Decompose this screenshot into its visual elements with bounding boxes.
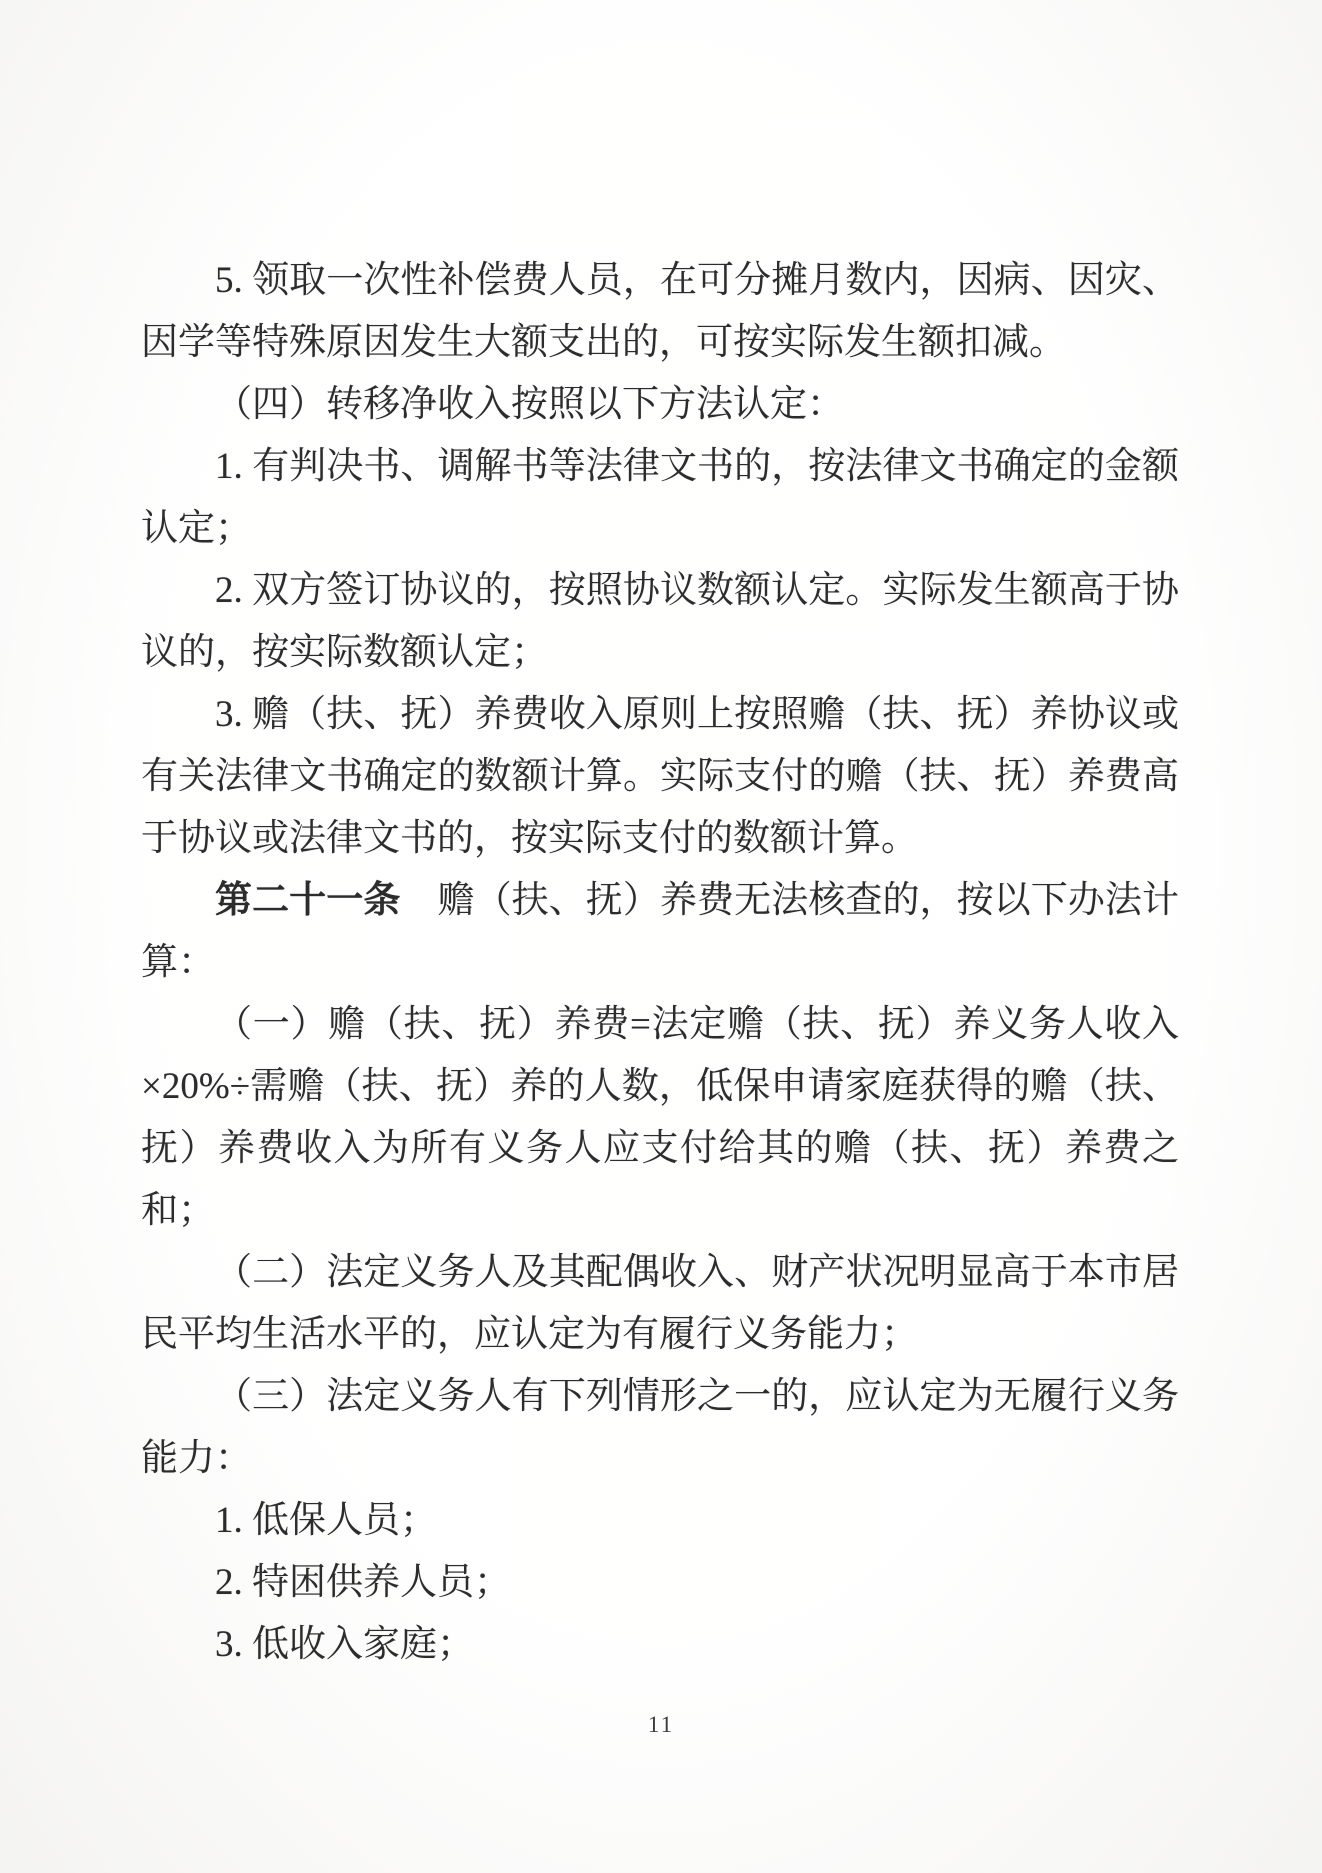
document-body: 5. 领取一次性补偿费人员，在可分摊月数内，因病、因灾、因学等特殊原因发生大额支…: [141, 250, 1179, 1676]
article-number: 第二十一条: [215, 880, 400, 921]
document-page: 5. 领取一次性补偿费人员，在可分摊月数内，因病、因灾、因学等特殊原因发生大额支…: [0, 0, 1322, 1873]
paragraph-article-21: 第二十一条 赡（扶、抚）养费无法核查的，按以下办法计算：: [141, 870, 1179, 994]
page-number: 11: [0, 1712, 1322, 1738]
paragraph-clause-3: （三）法定义务人有下列情形之一的，应认定为无履行义务能力：: [141, 1366, 1179, 1490]
paragraph-list-item-2: 2. 特困供养人员；: [141, 1552, 1179, 1614]
paragraph-subsection-4: （四）转移净收入按照以下方法认定：: [141, 374, 1179, 436]
paragraph-item-2: 2. 双方签订协议的，按照协议数额认定。实际发生额高于协议的，按实际数额认定；: [141, 560, 1179, 684]
paragraph-item-3: 3. 赡（扶、抚）养费收入原则上按照赡（扶、抚）养协议或有关法律文书确定的数额计…: [141, 684, 1179, 870]
paragraph-item-1: 1. 有判决书、调解书等法律文书的，按法律文书确定的金额认定；: [141, 436, 1179, 560]
paragraph-clause-1: （一）赡（扶、抚）养费=法定赡（扶、抚）养义务人收入×20%÷需赡（扶、抚）养的…: [141, 994, 1179, 1242]
paragraph-clause-2: （二）法定义务人及其配偶收入、财产状况明显高于本市居民平均生活水平的，应认定为有…: [141, 1242, 1179, 1366]
paragraph-list-item-3: 3. 低收入家庭；: [141, 1614, 1179, 1676]
paragraph-item-5: 5. 领取一次性补偿费人员，在可分摊月数内，因病、因灾、因学等特殊原因发生大额支…: [141, 250, 1179, 374]
paragraph-list-item-1: 1. 低保人员；: [141, 1490, 1179, 1552]
